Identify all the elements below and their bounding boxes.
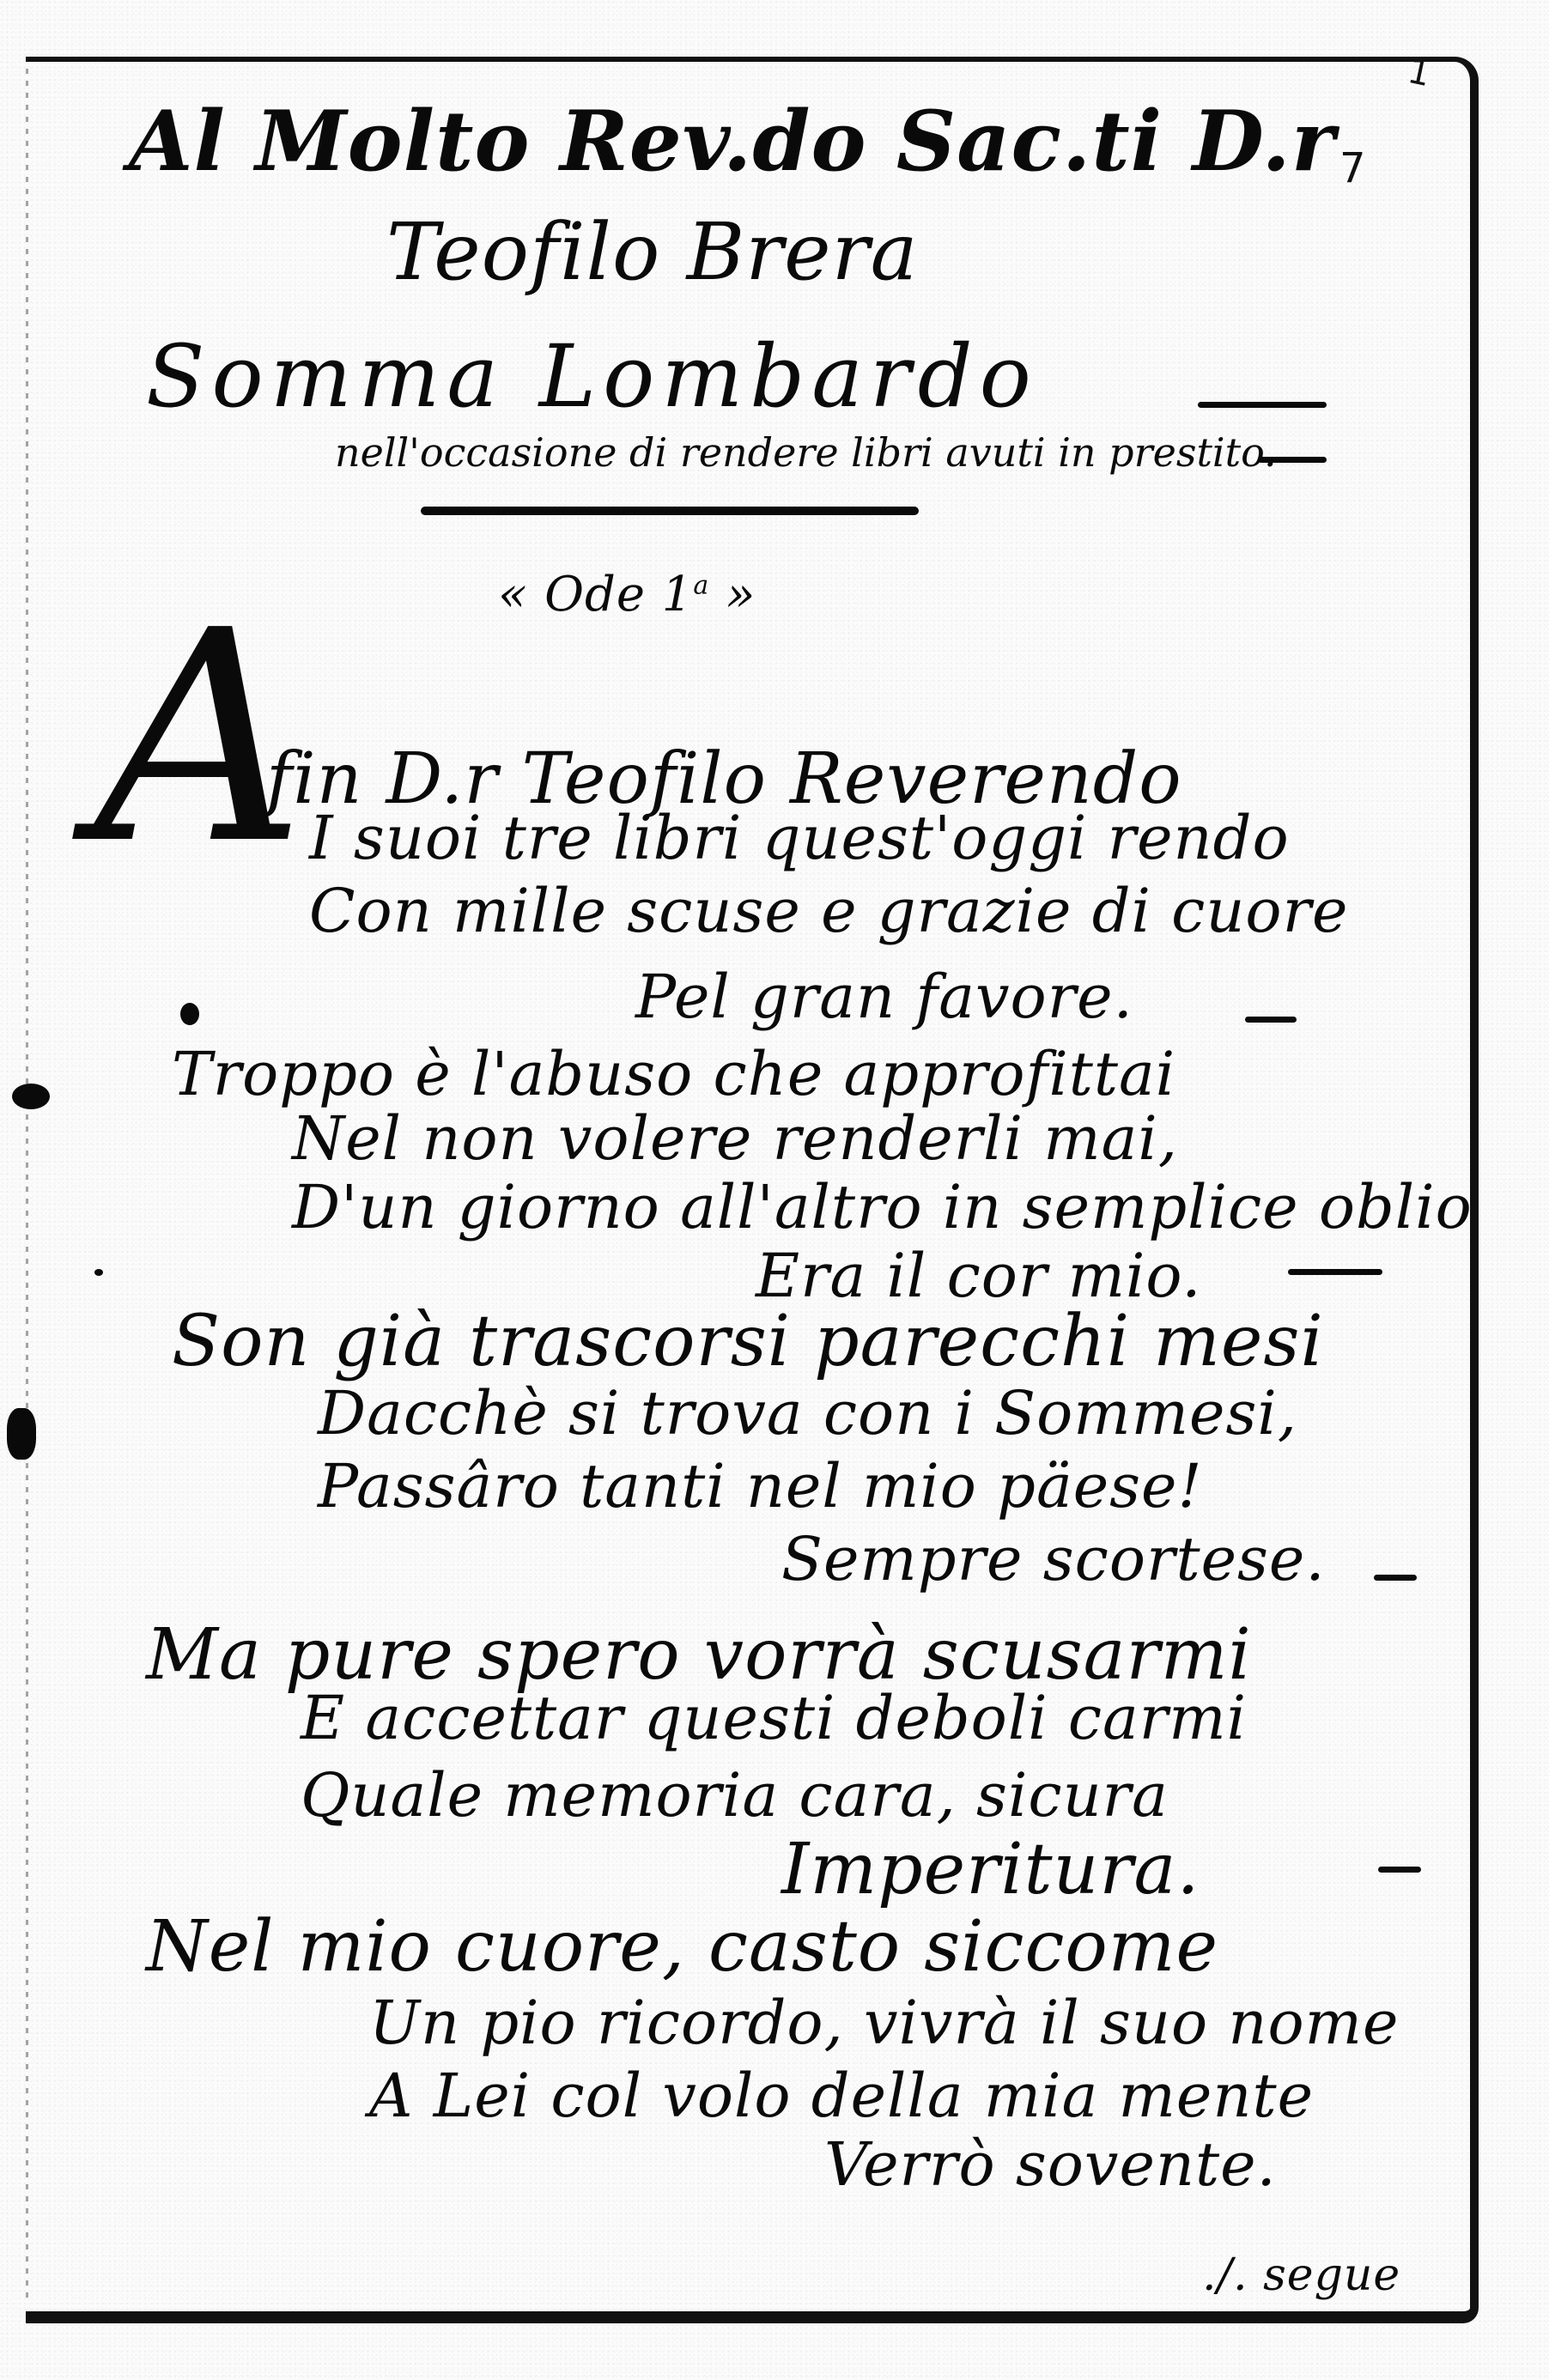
title-superscript: a — [693, 570, 709, 600]
margin-mark: 7 — [1339, 144, 1366, 192]
verse-line: Sempre scortese. — [781, 1524, 1326, 1594]
ink-dot — [180, 1003, 199, 1025]
title-text: Ode — [544, 567, 646, 622]
ink-blot — [7, 1408, 36, 1460]
verse-line: Pel gran favore. — [635, 962, 1133, 1032]
verse-line: Nel non volere renderli mai, — [292, 1103, 1178, 1174]
recipient-title: Al Molto Rev.do Sac.ti D.r — [129, 93, 1335, 190]
ode-title: « Ode 1a » — [498, 567, 756, 622]
verse-line: E accettar questi deboli carmi — [301, 1683, 1247, 1753]
verse-line: Con mille scuse e grazie di cuore — [309, 876, 1348, 946]
title-close-quote: » — [709, 567, 756, 622]
verse-line: Nel mio cuore, casto siccome — [146, 1906, 1218, 1988]
dedication-line: nell'occasione di rendere libri avuti in… — [335, 429, 1277, 476]
flourish-dash — [1374, 1575, 1417, 1581]
verse-line: Imperitura. — [781, 1829, 1200, 1910]
ink-blot — [12, 1084, 50, 1109]
continuation-mark: ./. segue — [1202, 2249, 1400, 2301]
verse-line: Passâro tanti nel mio päese! — [318, 1451, 1203, 1521]
verse-line: I suoi tre libri quest'oggi rendo — [309, 803, 1290, 873]
verse-line: Troppo è l'abuso che approfittai — [172, 1039, 1175, 1109]
verse-line: Quale memoria cara, sicura — [301, 1760, 1169, 1831]
verse-line: Un pio ricordo, vivrà il suo nome — [369, 1988, 1399, 2058]
title-open-quote: « — [498, 567, 544, 622]
verse-line: Dacchè si trova con i Sommesi, — [318, 1378, 1297, 1448]
recipient-name: Teofilo Brera — [386, 206, 918, 298]
flourish-dash — [1258, 457, 1327, 463]
flourish-dash — [1245, 1017, 1297, 1023]
title-number: 1 — [662, 567, 694, 622]
ink-dot — [94, 1269, 103, 1276]
header-underline — [421, 507, 919, 515]
verse-line: Verrò sovente. — [824, 2129, 1277, 2200]
recipient-place: Somma Lombardo — [146, 326, 1038, 427]
flourish-dash — [1198, 402, 1327, 408]
flourish-dash — [1378, 1867, 1421, 1873]
flourish-dash — [1288, 1269, 1382, 1275]
verse-line: D'un giorno all'altro in semplice oblio — [292, 1172, 1473, 1242]
verse-line: Son già trascorsi parecchi mesi — [172, 1301, 1324, 1382]
verse-line: A Lei col volo della mia mente — [369, 2061, 1314, 2131]
